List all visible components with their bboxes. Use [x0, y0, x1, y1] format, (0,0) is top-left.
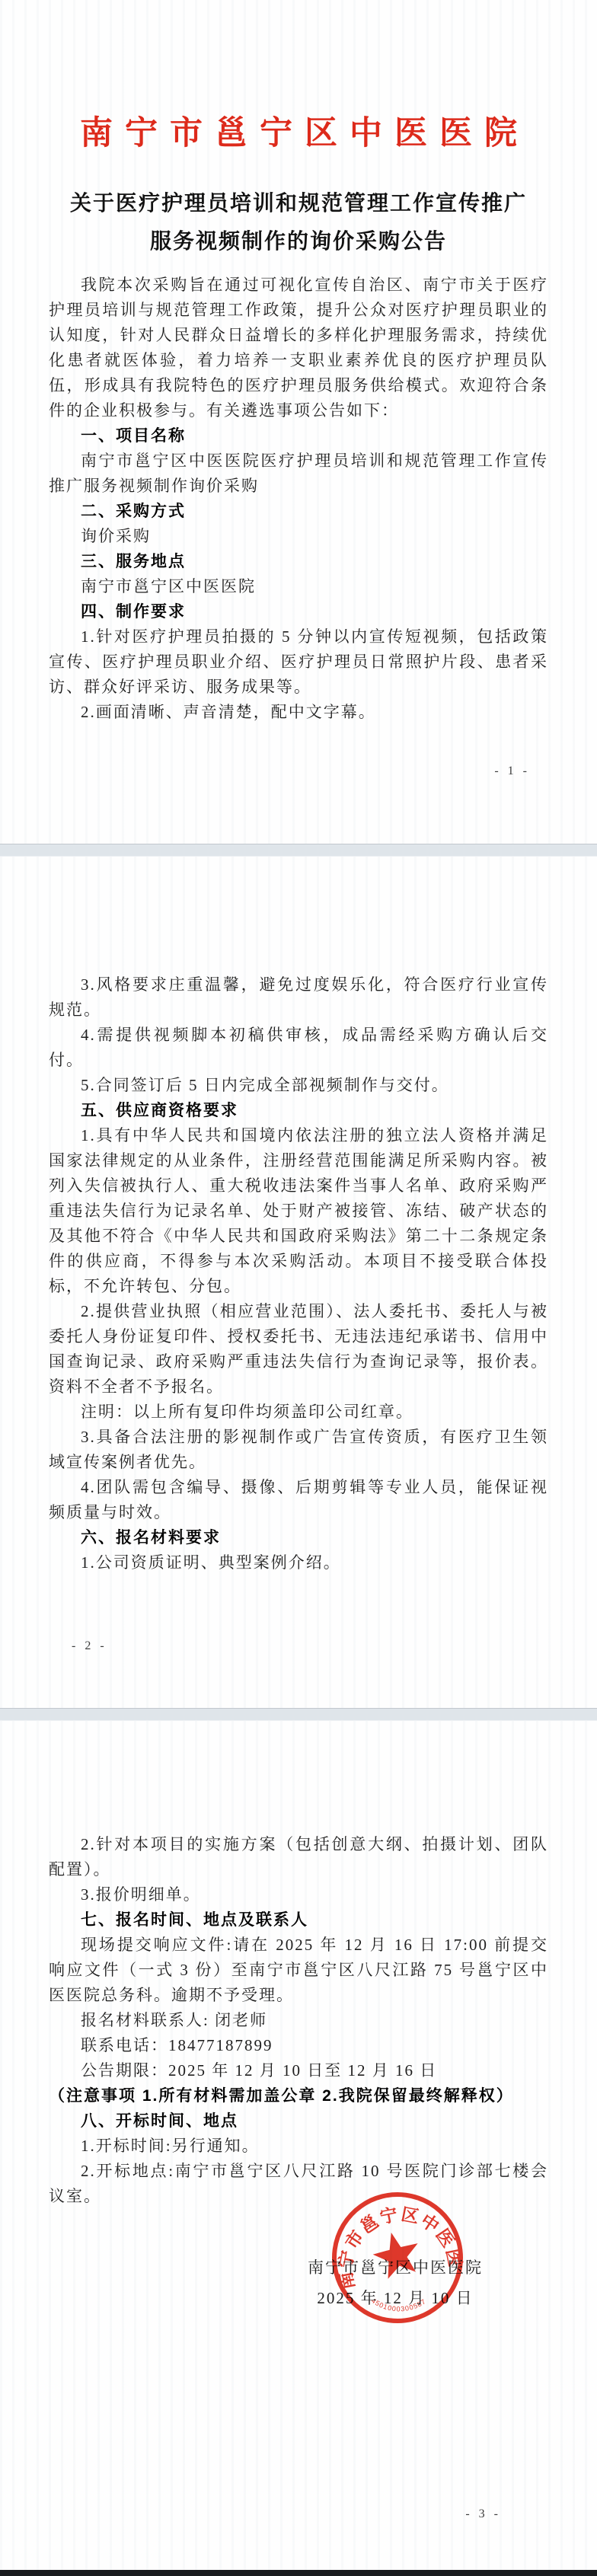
- section-6-item-2: 2.针对本项目的实施方案（包括创意大纲、拍摄计划、团队配置）。: [49, 1832, 548, 1882]
- page-separator-2: [0, 1708, 597, 1721]
- section-7-period: 公告期限：2025 年 12 月 10 日至 12 月 16 日: [49, 2058, 548, 2083]
- section-5-item-1: 1.具有中华人民共和国境内依法注册的独立法人资格并满足国家法律规定的从业条件，注…: [49, 1123, 548, 1299]
- section-4-heading: 四、制作要求: [49, 599, 548, 624]
- section-5-heading: 五、供应商资格要求: [49, 1098, 548, 1123]
- page-3-content: 2.针对本项目的实施方案（包括创意大纲、拍摄计划、团队配置）。 3.报价明细单。…: [0, 1721, 597, 2209]
- section-4-item-4: 4.需提供视频脚本初稿供审核，成品需经采购方确认后交付。: [49, 1023, 548, 1073]
- section-5-note: 注明：以上所有复印件均须盖印公司红章。: [49, 1400, 548, 1425]
- intro-paragraph: 我院本次采购旨在通过可视化宣传自治区、南宁市关于医疗护理员培训与规范管理工作政策…: [49, 273, 548, 423]
- section-8-heading: 八、开标时间、地点: [49, 2108, 548, 2134]
- section-4-item-1: 1.针对医疗护理员拍摄的 5 分钟以内宣传短视频，包括政策宣传、医疗护理员职业介…: [49, 624, 548, 700]
- viewer-bottom-bar: [0, 2570, 597, 2576]
- document-title: 关于医疗护理员培训和规范管理工作宣传推广 服务视频制作的询价采购公告: [0, 184, 597, 260]
- section-6-heading: 六、报名材料要求: [49, 1525, 548, 1550]
- section-7-phone: 联系电话：18477187899: [49, 2033, 548, 2058]
- page-number-3: - 3 -: [465, 2507, 501, 2521]
- page-number-1: - 1 -: [494, 765, 530, 778]
- star-icon: [369, 2227, 424, 2281]
- page-number-2: - 2 -: [72, 1639, 107, 1653]
- hospital-letterhead: 南宁市邕宁区中医医院: [0, 0, 597, 154]
- section-6-item-1: 1.公司资质证明、典型案例介绍。: [49, 1550, 548, 1575]
- section-8-item-1: 1.开标时间:另行通知。: [49, 2134, 548, 2159]
- page-2: 3.风格要求庄重温馨，避免过度娱乐化，符合医疗行业宣传规范。 4.需提供视频脚本…: [0, 857, 597, 1708]
- section-5-item-4: 4.团队需包含编导、摄像、后期剪辑等专业人员，能保证视频质量与时效。: [49, 1475, 548, 1525]
- section-7-submission: 现场提交响应文件:请在 2025 年 12 月 16 日 17:00 前提交响应…: [49, 1933, 548, 2008]
- document-title-line2: 服务视频制作的询价采购公告: [0, 222, 597, 260]
- section-2-body: 询价采购: [49, 524, 548, 549]
- page-1-content: 我院本次采购旨在通过可视化宣传自治区、南宁市关于医疗护理员培训与规范管理工作政策…: [0, 260, 597, 725]
- page-3: 2.针对本项目的实施方案（包括创意大纲、拍摄计划、团队配置）。 3.报价明细单。…: [0, 1721, 597, 2570]
- section-5-item-2: 2.提供营业执照（相应营业范围）、法人委托书、委托人与被委托人身份证复印件、授权…: [49, 1299, 548, 1400]
- section-1-body: 南宁市邕宁区中医医院医疗护理员培训和规范管理工作宣传推广服务视频制作询价采购: [49, 448, 548, 499]
- section-7-contact-person: 报名材料联系人: 闭老师: [49, 2008, 548, 2033]
- section-6-item-3: 3.报价明细单。: [49, 1882, 548, 1907]
- section-8-item-2: 2.开标地点:南宁市邕宁区八尺江路 10 号医院门诊部七楼会议室。: [49, 2159, 548, 2209]
- section-3-heading: 三、服务地点: [49, 549, 548, 574]
- section-1-heading: 一、项目名称: [49, 423, 548, 448]
- document-viewer: 南宁市邕宁区中医医院 关于医疗护理员培训和规范管理工作宣传推广 服务视频制作的询…: [0, 0, 597, 2576]
- section-2-heading: 二、采购方式: [49, 499, 548, 524]
- section-4-item-2: 2.画面清晰、声音清楚，配中文字幕。: [49, 700, 548, 725]
- section-7-heading: 七、报名时间、地点及联系人: [49, 1907, 548, 1933]
- section-7-note: （注意事项 1.所有材料需加盖公章 2.我院保留最终解释权）: [49, 2083, 548, 2108]
- section-5-item-3: 3.具备合法注册的影视制作或广告宣传资质，有医疗卫生领域宣传案例者优先。: [49, 1425, 548, 1475]
- page-separator-1: [0, 844, 597, 857]
- page-1: 南宁市邕宁区中医医院 关于医疗护理员培训和规范管理工作宣传推广 服务视频制作的询…: [0, 0, 597, 844]
- section-4-item-3: 3.风格要求庄重温馨，避免过度娱乐化，符合医疗行业宣传规范。: [49, 972, 548, 1023]
- section-4-item-5: 5.合同签订后 5 日内完成全部视频制作与交付。: [49, 1073, 548, 1098]
- page-2-content: 3.风格要求庄重温馨，避免过度娱乐化，符合医疗行业宣传规范。 4.需提供视频脚本…: [0, 857, 597, 1575]
- document-title-line1: 关于医疗护理员培训和规范管理工作宣传推广: [0, 184, 597, 222]
- section-3-body: 南宁市邕宁区中医医院: [49, 574, 548, 599]
